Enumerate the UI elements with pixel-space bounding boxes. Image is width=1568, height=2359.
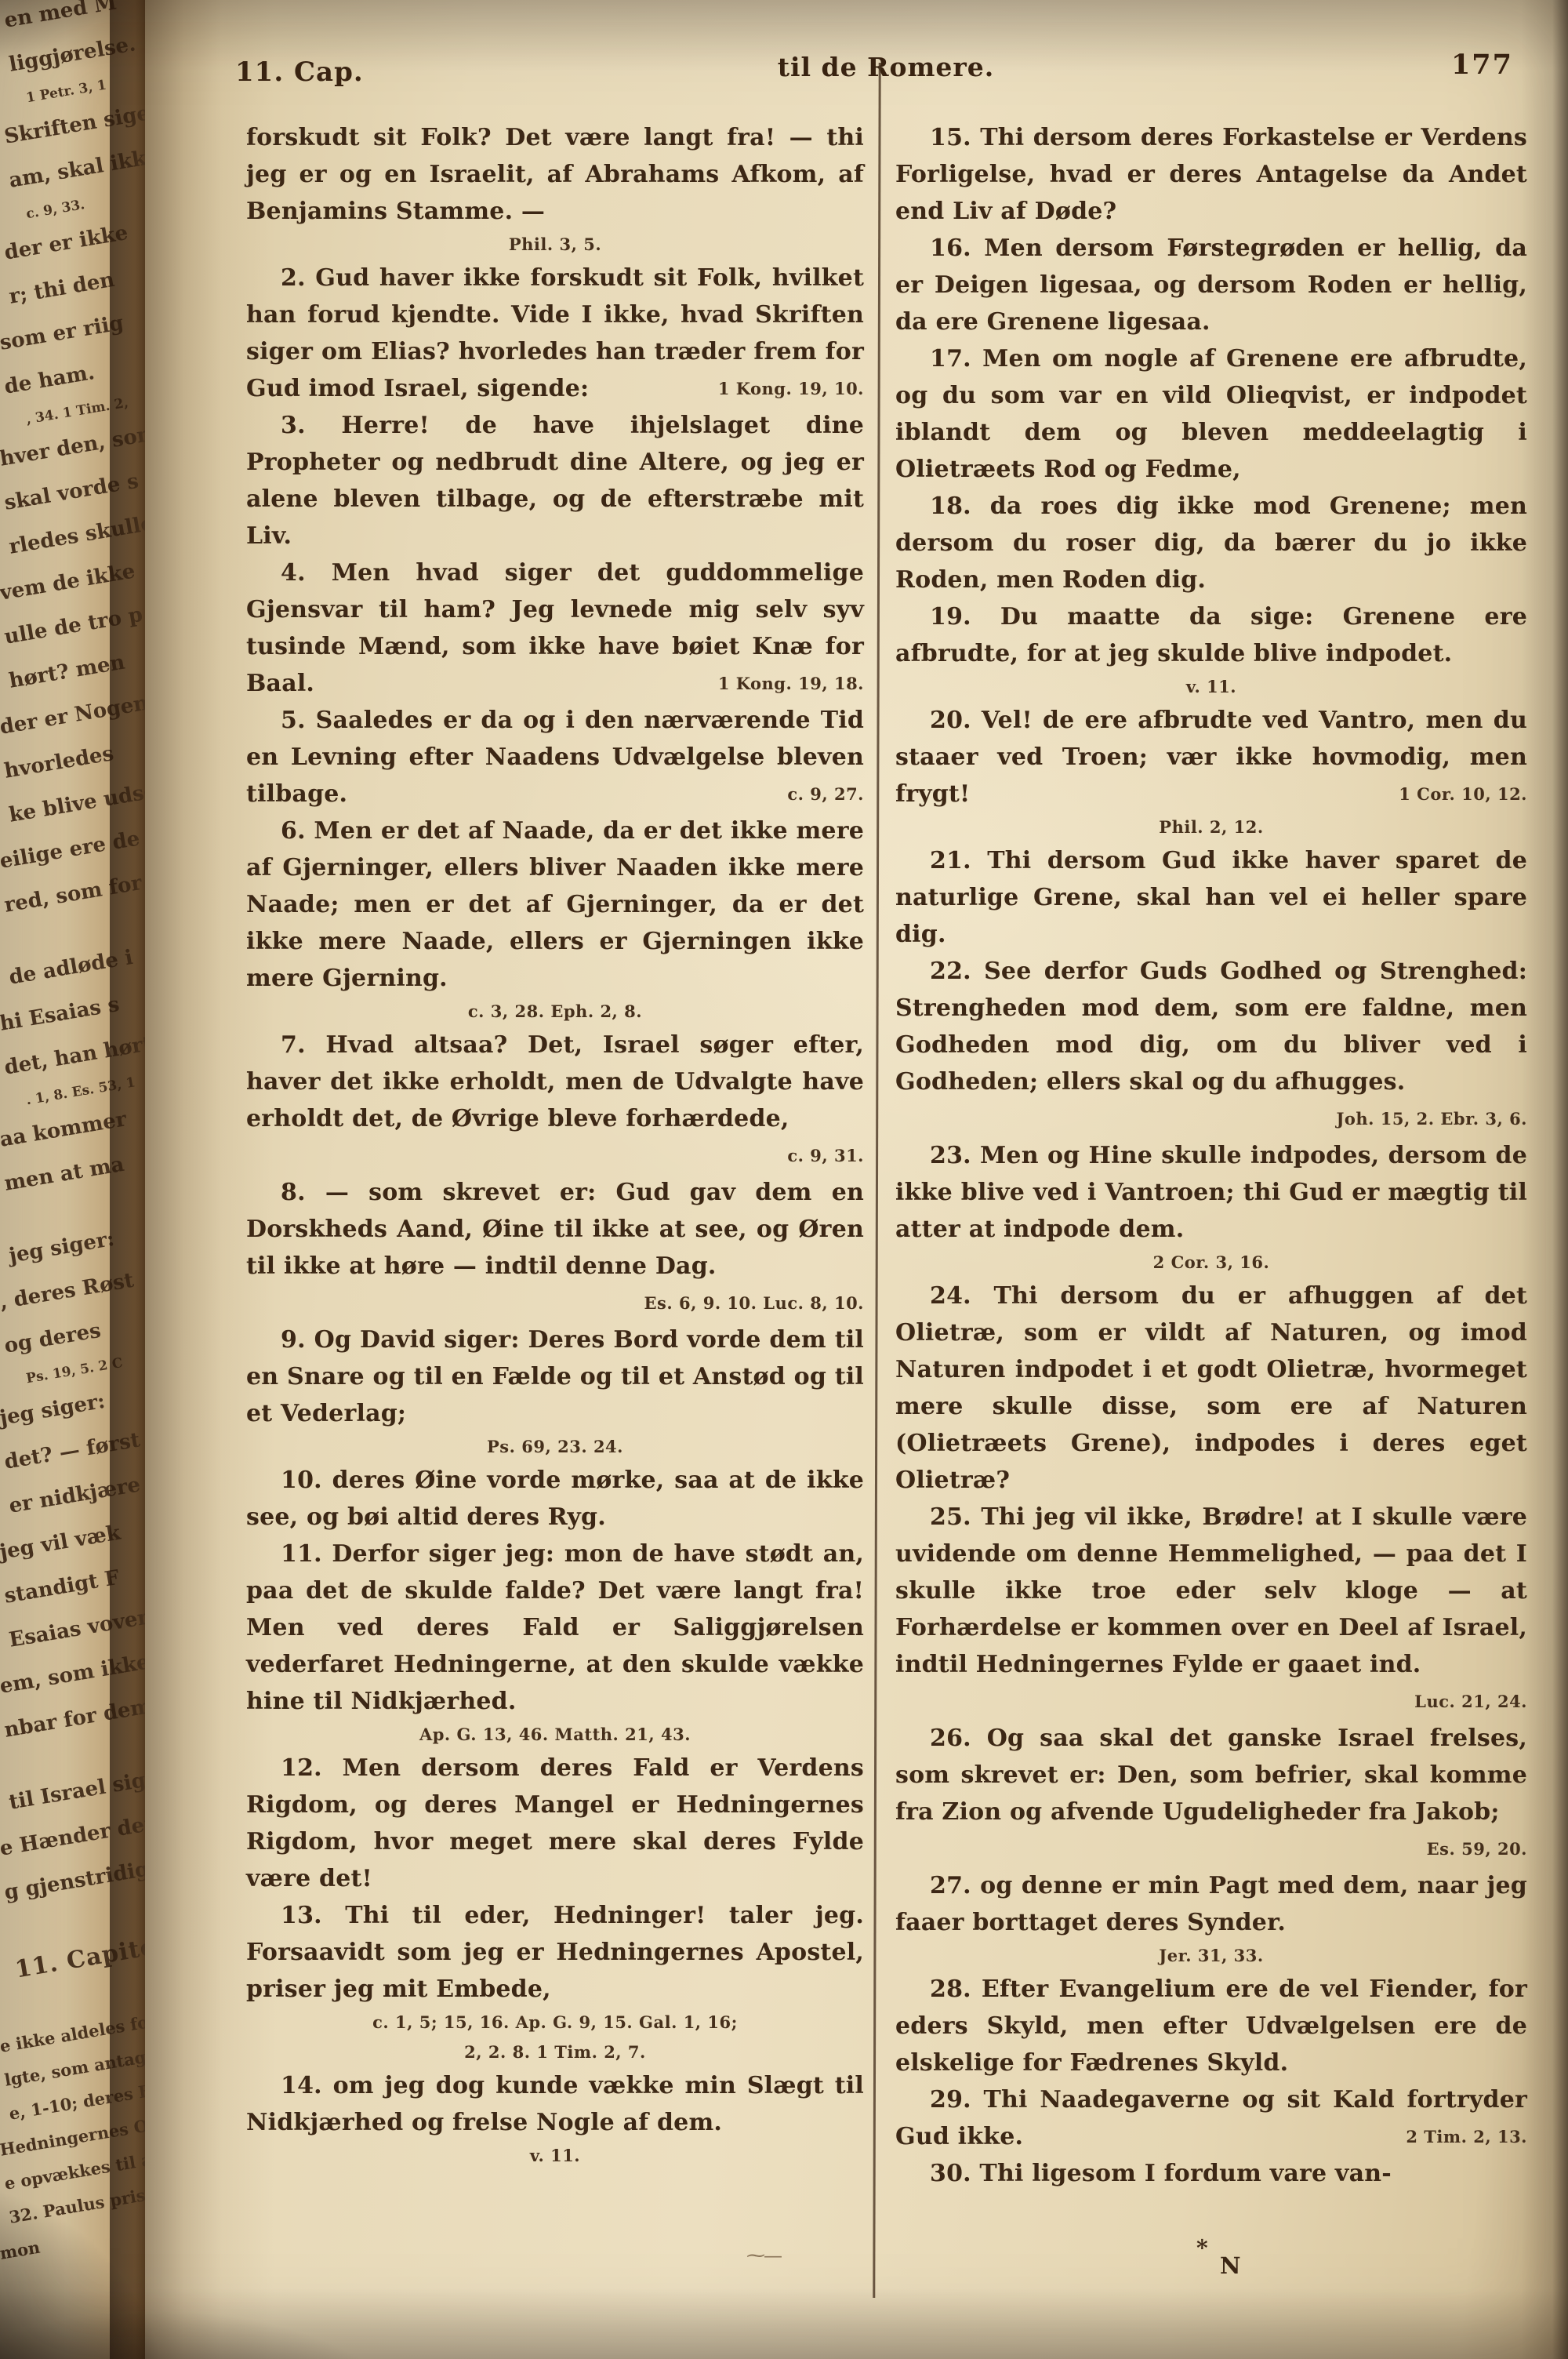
verse-paragraph: forskudt sit Folk? Det være langt fra! —…: [246, 119, 864, 230]
verse-text: 8. — som skrevet er: Gud gav dem en Dors…: [246, 1179, 864, 1280]
scripture-reference: 2 Cor. 3, 16.: [895, 1248, 1527, 1278]
scripture-reference: c. 9, 27.: [753, 776, 864, 812]
verse-text: 23. Men og Hine skulle indpodes, dersom …: [895, 1142, 1527, 1243]
scripture-reference: Es. 59, 20.: [1392, 1830, 1527, 1867]
verse-text: 27. og denne er min Pagt med dem, naar j…: [895, 1872, 1527, 1936]
verse-paragraph: 17. Men om nogle af Grenene ere afbrudte…: [895, 340, 1527, 488]
previous-page-text-fragment: 11. Capitel.: [0, 1921, 145, 2001]
verse-text: 15. Thi dersom deres Forkastelse er Verd…: [895, 124, 1527, 225]
verse-text: 17. Men om nogle af Grenene ere afbrudte…: [895, 345, 1527, 483]
scripture-reference: Ps. 69, 23. 24.: [246, 1432, 864, 1462]
verse-paragraph: 11. Derfor siger jeg: mon de have stødt …: [246, 1536, 864, 1720]
verse-paragraph: 9. Og David siger: Deres Bord vorde dem …: [246, 1321, 864, 1432]
scripture-reference: Phil. 2, 12.: [895, 812, 1527, 842]
verse-paragraph: 14. om jeg dog kunde vække min Slægt til…: [246, 2067, 864, 2141]
scripture-reference: 1 Kong. 19, 10.: [684, 370, 864, 407]
verse-text: 14. om jeg dog kunde vække min Slægt til…: [246, 2072, 864, 2136]
verse-paragraph: 22. See derfor Guds Godhed og Strenghed:…: [895, 953, 1527, 1137]
scripture-reference: 2 Tim. 2, 13.: [1371, 2118, 1527, 2155]
verse-paragraph: 7. Hvad altsaa? Det, Israel søger efter,…: [246, 1027, 864, 1174]
verse-text: 12. Men dersom deres Fald er Verdens Rig…: [246, 1754, 864, 1892]
verse-text: 18. da roes dig ikke mod Grenene; men de…: [895, 493, 1527, 594]
scripture-reference: 1 Cor. 10, 12.: [1364, 776, 1527, 812]
book-page-photo: en med Mliggjørelse.1 Petr. 3, 1Skriften…: [0, 0, 1568, 2359]
verse-paragraph: 21. Thi dersom Gud ikke haver sparet de …: [895, 842, 1527, 953]
verse-text: 10. deres Øine vorde mørke, saa at de ik…: [246, 1467, 864, 1531]
verse-paragraph: 3. Herre! de have ihjelslaget dine Proph…: [246, 407, 864, 554]
scripture-reference: 2, 2. 8. 1 Tim. 2, 7.: [246, 2037, 864, 2067]
scripture-reference: c. 9, 31.: [753, 1137, 864, 1174]
scripture-reference: c. 3, 28. Eph. 2, 8.: [246, 997, 864, 1027]
verse-paragraph: 24. Thi dersom du er afhuggen af det Oli…: [895, 1278, 1527, 1499]
verse-text: 24. Thi dersom du er afhuggen af det Oli…: [895, 1282, 1527, 1494]
printer-signature-mark: N: [1220, 2252, 1242, 2279]
scripture-reference: v. 11.: [895, 672, 1527, 702]
running-head-chapter: 11. Cap.: [235, 56, 364, 88]
verse-paragraph: 6. Men er det af Naade, da er det ikke m…: [246, 812, 864, 997]
verse-text: 13. Thi til eder, Hedninger! taler jeg. …: [246, 1902, 864, 2003]
verse-text: forskudt sit Folk? Det være langt fra! —…: [246, 124, 864, 225]
verse-paragraph: 19. Du maatte da sige: Grenene ere afbru…: [895, 598, 1527, 672]
scripture-reference: v. 11.: [246, 2141, 864, 2171]
verse-paragraph: 25. Thi jeg vil ikke, Brødre! at I skull…: [895, 1499, 1527, 1720]
verse-text: 16. Men dersom Førstegrøden er hellig, d…: [895, 234, 1527, 336]
verse-paragraph: 30. Thi ligesom I fordum vare van-: [895, 2155, 1527, 2192]
verse-paragraph: 2. Gud haver ikke forskudt sit Folk, hvi…: [246, 260, 864, 407]
verse-paragraph: 8. — som skrevet er: Gud gav dem en Dors…: [246, 1174, 864, 1321]
scripture-reference: 1 Kong. 19, 18.: [684, 665, 864, 702]
text-column-left: forskudt sit Folk? Det være langt fra! —…: [246, 119, 864, 2171]
scripture-reference: Jer. 31, 33.: [895, 1941, 1527, 1971]
verse-paragraph: 27. og denne er min Pagt med dem, naar j…: [895, 1867, 1527, 1941]
text-column-right: 15. Thi dersom deres Forkastelse er Verd…: [895, 119, 1527, 2192]
verse-text: 30. Thi ligesom I fordum vare van-: [930, 2160, 1392, 2187]
verse-paragraph: 18. da roes dig ikke mod Grenene; men de…: [895, 488, 1527, 598]
column-divider-rule: [873, 63, 880, 2298]
verse-paragraph: 15. Thi dersom deres Forkastelse er Verd…: [895, 119, 1527, 230]
verse-paragraph: 29. Thi Naadegaverne og sit Kald fortryd…: [895, 2081, 1527, 2155]
footnote-star-mark: *: [1196, 2235, 1208, 2261]
verse-text: 3. Herre! de have ihjelslaget dine Proph…: [246, 412, 864, 550]
scripture-reference: Ap. G. 13, 46. Matth. 21, 43.: [246, 1720, 864, 1750]
verse-paragraph: 4. Men hvad siger det guddommelige Gjens…: [246, 554, 864, 702]
end-flourish-mark: ⁓—: [746, 2245, 781, 2266]
previous-page-edge: en med Mliggjørelse.1 Petr. 3, 1Skriften…: [0, 0, 145, 2359]
verse-text: 19. Du maatte da sige: Grenene ere afbru…: [895, 603, 1527, 667]
verse-paragraph: 10. deres Øine vorde mørke, saa at de ik…: [246, 1462, 864, 1536]
verse-text: 11. Derfor siger jeg: mon de have stødt …: [246, 1540, 864, 1715]
scripture-reference: Luc. 21, 24.: [1380, 1683, 1527, 1720]
scripture-reference: Joh. 15, 2. Ebr. 3, 6.: [1301, 1100, 1527, 1137]
verse-text: 21. Thi dersom Gud ikke haver sparet de …: [895, 847, 1527, 948]
scripture-reference: Es. 6, 9. 10. Luc. 8, 10.: [610, 1285, 864, 1321]
verse-paragraph: 16. Men dersom Førstegrøden er hellig, d…: [895, 230, 1527, 340]
scripture-reference: Phil. 3, 5.: [246, 230, 864, 260]
verse-text: 26. Og saa skal det ganske Israel frelse…: [895, 1725, 1527, 1826]
verse-text: 28. Efter Evangelium ere de vel Fiender,…: [895, 1976, 1527, 2077]
verse-text: 9. Og David siger: Deres Bord vorde dem …: [246, 1326, 864, 1427]
verse-paragraph: 5. Saaledes er da og i den nærværende Ti…: [246, 702, 864, 812]
verse-paragraph: 26. Og saa skal det ganske Israel frelse…: [895, 1720, 1527, 1867]
verse-text: 6. Men er det af Naade, da er det ikke m…: [246, 817, 864, 992]
verse-text: 25. Thi jeg vil ikke, Brødre! at I skull…: [895, 1503, 1527, 1678]
verse-paragraph: 23. Men og Hine skulle indpodes, dersom …: [895, 1137, 1527, 1248]
verse-paragraph: 28. Efter Evangelium ere de vel Fiender,…: [895, 1971, 1527, 2081]
verse-paragraph: 20. Vel! de ere afbrudte ved Vantro, men…: [895, 702, 1527, 812]
running-head-title: til de Romere.: [651, 52, 1121, 82]
page-number: 177: [1403, 49, 1513, 81]
verse-text: 7. Hvad altsaa? Det, Israel søger efter,…: [246, 1031, 864, 1132]
verse-paragraph: 12. Men dersom deres Fald er Verdens Rig…: [246, 1750, 864, 1897]
scripture-reference: c. 1, 5; 15, 16. Ap. G. 9, 15. Gal. 1, 1…: [246, 2008, 864, 2037]
verse-text: 22. See derfor Guds Godhed og Strenghed:…: [895, 958, 1527, 1096]
verse-paragraph: 13. Thi til eder, Hedninger! taler jeg. …: [246, 1897, 864, 2008]
